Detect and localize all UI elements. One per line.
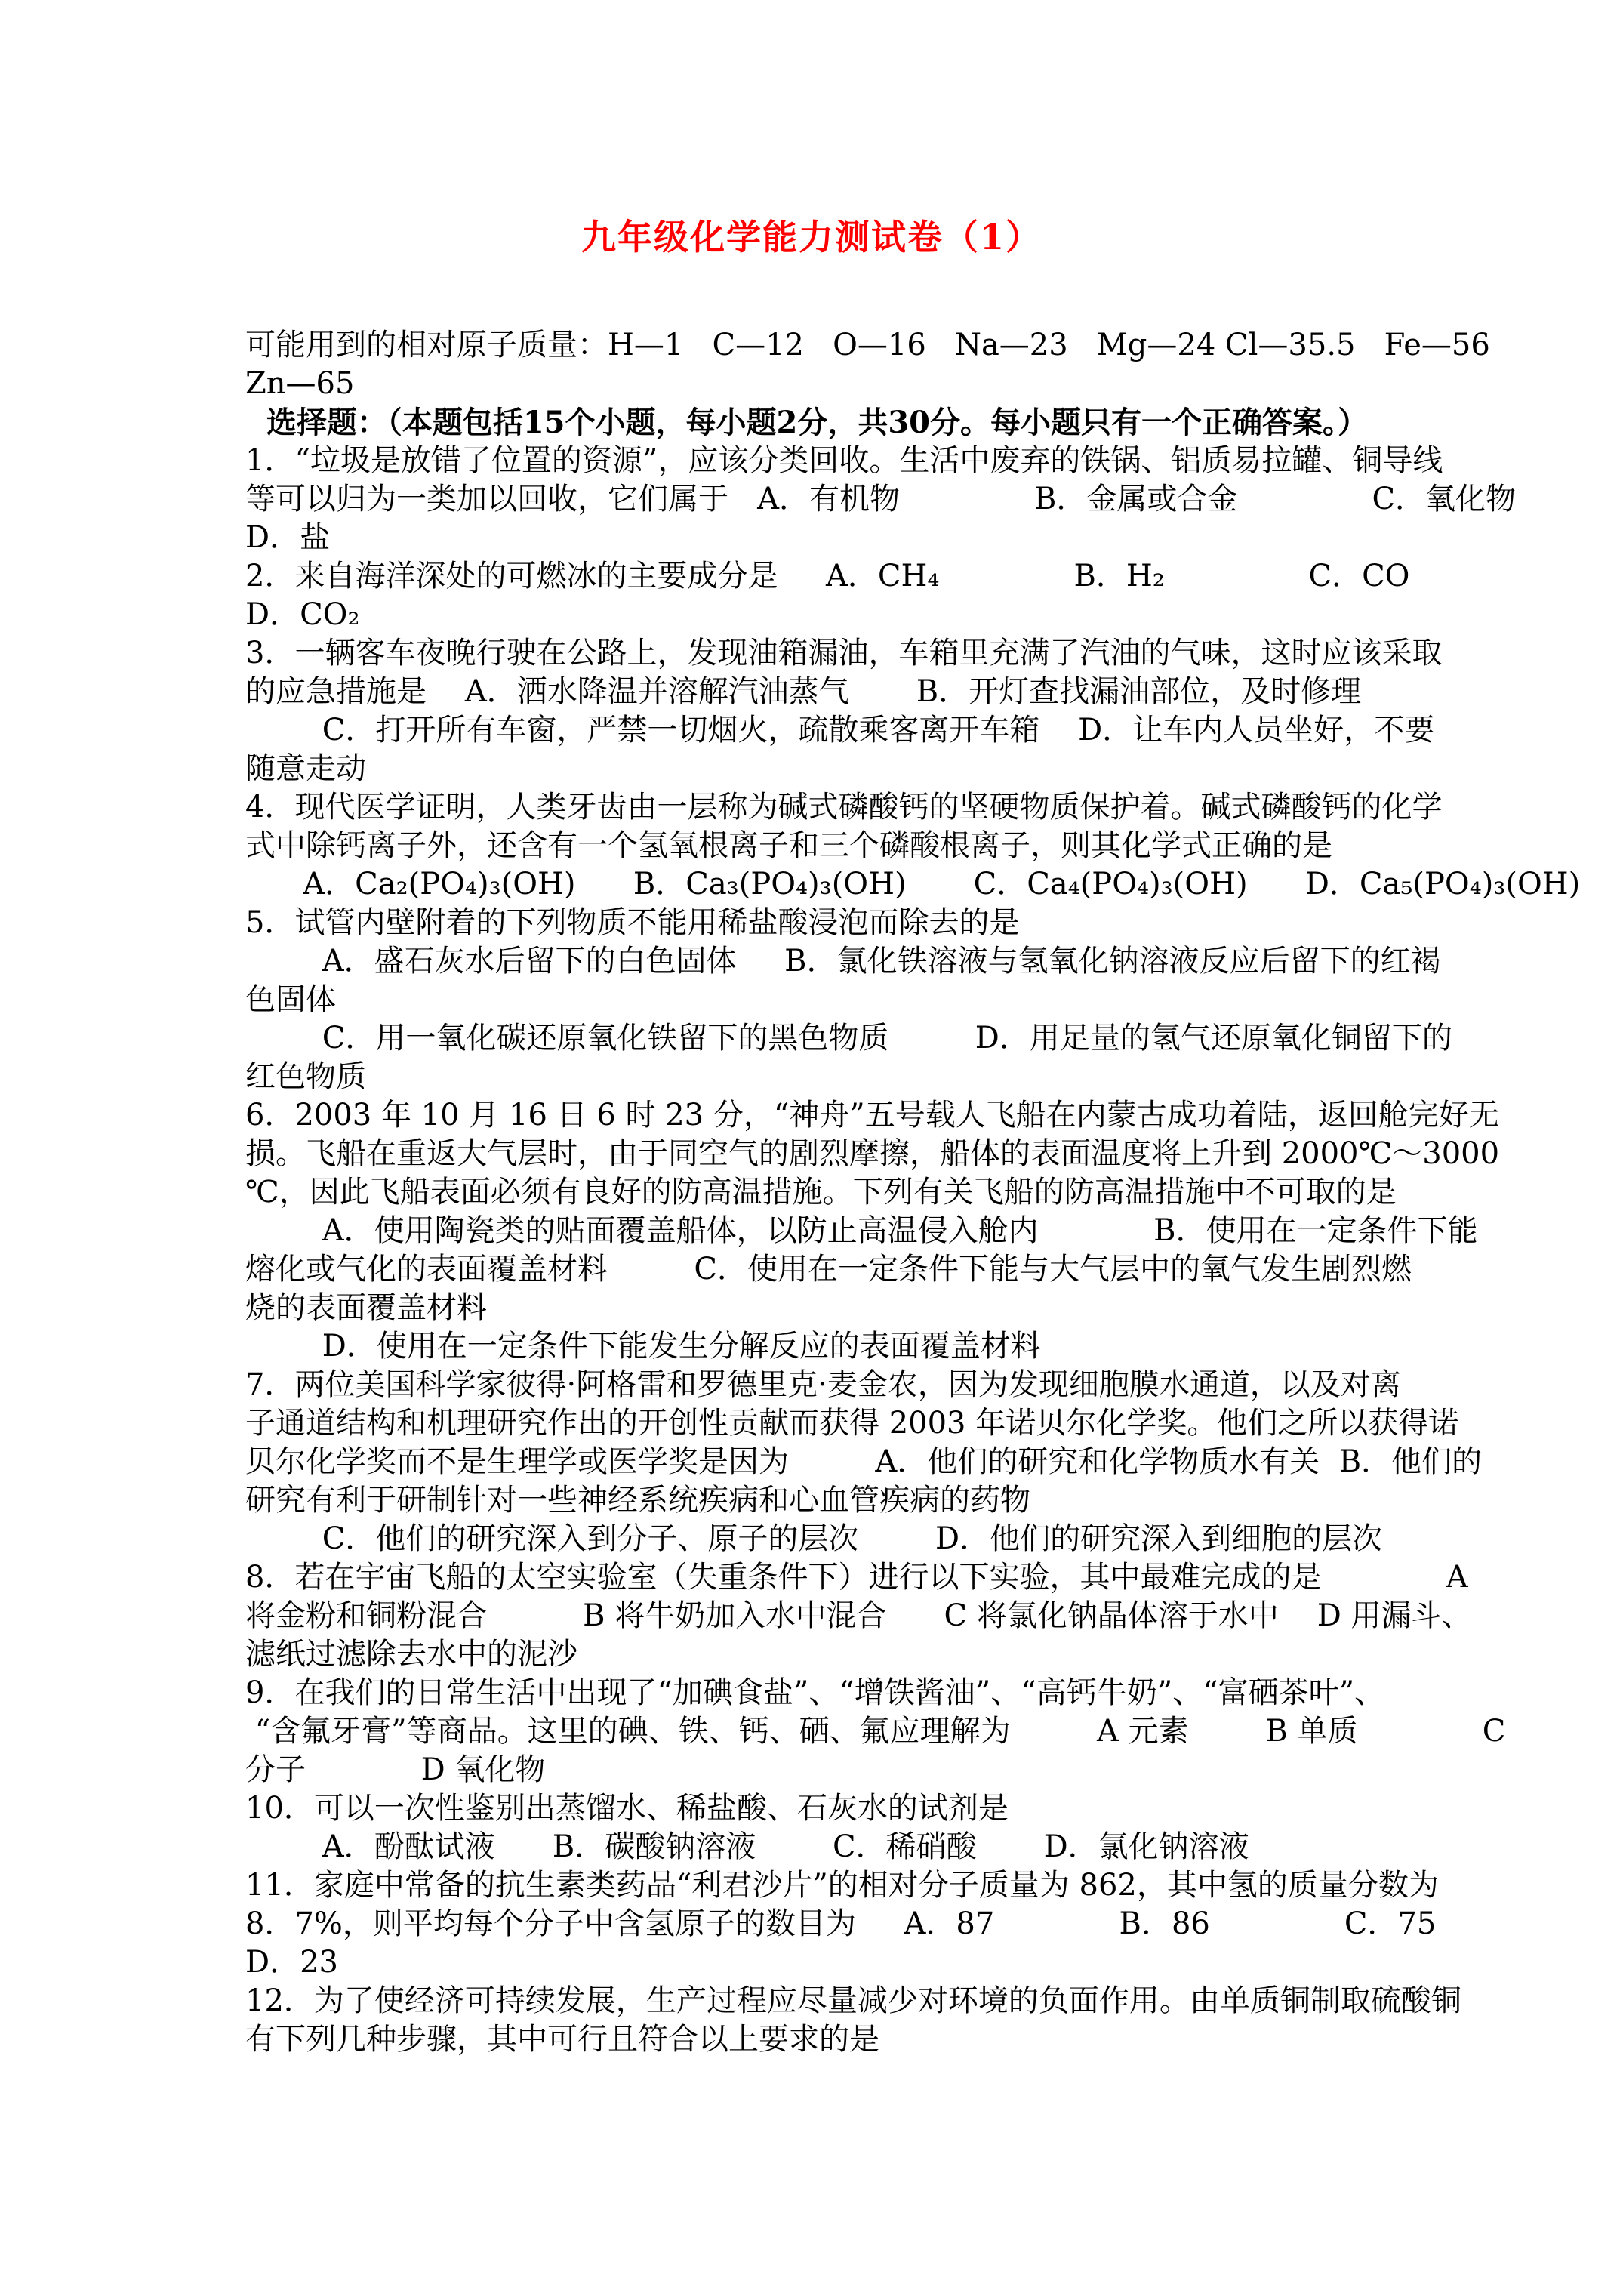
text-line: 研究有利于研制针对一些神经系统疾病和心血管疾病的药物 — [245, 1481, 1574, 1520]
text-line: A．Ca₂(PO₄)₃(OH) B．Ca₃(PO₄)₃(OH) C．Ca₄(PO… — [245, 865, 1574, 904]
text-line: 7．两位美国科学家彼得·阿格雷和罗德里克·麦金农，因为发现细胞膜水通道，以及对离 — [245, 1366, 1574, 1404]
text-line: 色固体 — [245, 981, 1574, 1019]
text-line: D．CO₂ — [245, 596, 1574, 634]
text-line: 子通道结构和机理研究作出的开创性贡献而获得 2003 年诺贝尔化学奖。他们之所以… — [245, 1404, 1574, 1443]
exam-page: 九年级化学能力测试卷（1） 可能用到的相对原子质量：H—1 C—12 O—16 … — [0, 0, 1623, 2296]
text-line: 烧的表面覆盖材料 — [245, 1289, 1574, 1327]
text-line: 红色物质 — [245, 1058, 1574, 1096]
text-line: 11．家庭中常备的抗生素类药品“利君沙片”的相对分子质量为 862，其中氢的质量… — [245, 1866, 1574, 1905]
text-line: 将金粉和铜粉混合 B 将牛奶加入水中混合 C 将氯化钠晶体溶于水中 D 用漏斗、 — [245, 1597, 1574, 1635]
text-line: C．打开所有车窗，严禁一切烟火，疏散乘客离开车箱 D．让车内人员坐好，不要 — [245, 711, 1574, 750]
text-line: 的应急措施是 A．洒水降温并溶解汽油蒸气 B．开灯查找漏油部位，及时修理 — [245, 673, 1574, 711]
text-line: 等可以归为一类加以回收，它们属于 A．有机物 B．金属或合金 C．氧化物 — [245, 480, 1574, 519]
text-line: 随意走动 — [245, 750, 1574, 788]
text-line: 可能用到的相对原子质量：H—1 C—12 O—16 Na—23 Mg—24 Cl… — [245, 326, 1574, 365]
text-line: 分子 D 氧化物 — [245, 1751, 1574, 1789]
text-line: 3．一辆客车夜晚行驶在公路上，发现油箱漏油，车箱里充满了汽油的气味，这时应该采取 — [245, 634, 1574, 673]
text-line: D．23 — [245, 1943, 1574, 1982]
text-line: 4．现代医学证明，人类牙齿由一层称为碱式磷酸钙的坚硬物质保护着。碱式磷酸钙的化学 — [245, 788, 1574, 827]
text-line: “含氟牙膏”等商品。这里的碘、铁、钙、硒、氟应理解为 A 元素 B 单质 C — [245, 1712, 1574, 1751]
text-line: 5．试管内壁附着的下列物质不能用稀盐酸浸泡而除去的是 — [245, 904, 1574, 942]
text-line: 6．2003 年 10 月 16 日 6 时 23 分，“神舟”五号载人飞船在内… — [245, 1096, 1574, 1135]
text-line: 10．可以一次性鉴别出蒸馏水、稀盐酸、石灰水的试剂是 — [245, 1789, 1574, 1828]
text-line: 1．“垃圾是放错了位置的资源”，应该分类回收。生活中废弃的铁锅、铝质易拉罐、铜导… — [245, 442, 1574, 480]
text-line: 9．在我们的日常生活中出现了“加碘食盐”、“增铁酱油”、“高钙牛奶”、“富硒茶叶… — [245, 1674, 1574, 1712]
text-line: C．用一氧化碳还原氧化铁留下的黑色物质 D．用足量的氢气还原氧化铜留下的 — [245, 1019, 1574, 1058]
text-line: 12．为了使经济可持续发展，生产过程应尽量减少对环境的负面作用。由单质铜制取硫酸… — [245, 1982, 1574, 2020]
text-line: D．盐 — [245, 519, 1574, 557]
text-line: ℃，因此飞船表面必须有良好的防高温措施。下列有关飞船的防高温措施中不可取的是 — [245, 1173, 1574, 1212]
text-line: 熔化或气化的表面覆盖材料 C．使用在一定条件下能与大气层中的氧气发生剧烈燃 — [245, 1250, 1574, 1289]
document-body: 可能用到的相对原子质量：H—1 C—12 O—16 Na—23 Mg—24 Cl… — [245, 326, 1574, 2059]
text-line: 选择题：（本题包括15个小题，每小题2分，共30分。每小题只有一个正确答案。） — [245, 403, 1574, 442]
text-line: 2．来自海洋深处的可燃冰的主要成分是 A．CH₄ B．H₂ C．CO — [245, 557, 1574, 596]
text-line: 损。飞船在重返大气层时，由于同空气的剧烈摩擦，船体的表面温度将上升到 2000℃… — [245, 1135, 1574, 1173]
text-line: C．他们的研究深入到分子、原子的层次 D．他们的研究深入到细胞的层次 — [245, 1520, 1574, 1558]
text-line: 贝尔化学奖而不是生理学或医学奖是因为 A．他们的研究和化学物质水有关 B．他们的 — [245, 1443, 1574, 1481]
text-line: 8．7%，则平均每个分子中含氢原子的数目为 A．87 B．86 C．75 — [245, 1905, 1574, 1943]
text-line: A．酚酞试液 B．碳酸钠溶液 C．稀硝酸 D．氯化钠溶液 — [245, 1828, 1574, 1866]
page-title: 九年级化学能力测试卷（1） — [0, 210, 1623, 260]
text-line: A．使用陶瓷类的贴面覆盖船体，以防止高温侵入舱内 B．使用在一定条件下能 — [245, 1212, 1574, 1250]
text-line: A．盛石灰水后留下的白色固体 B．氯化铁溶液与氢氧化钠溶液反应后留下的红褐 — [245, 942, 1574, 981]
text-line: Zn—65 — [245, 365, 1574, 403]
text-line: 滤纸过滤除去水中的泥沙 — [245, 1635, 1574, 1674]
text-line: D．使用在一定条件下能发生分解反应的表面覆盖材料 — [245, 1327, 1574, 1366]
text-line: 式中除钙离子外，还含有一个氢氧根离子和三个磷酸根离子，则其化学式正确的是 — [245, 827, 1574, 865]
text-line: 8．若在宇宙飞船的太空实验室（失重条件下）进行以下实验，其中最难完成的是 A — [245, 1558, 1574, 1597]
text-line: 有下列几种步骤，其中可行且符合以上要求的是 — [245, 2020, 1574, 2059]
